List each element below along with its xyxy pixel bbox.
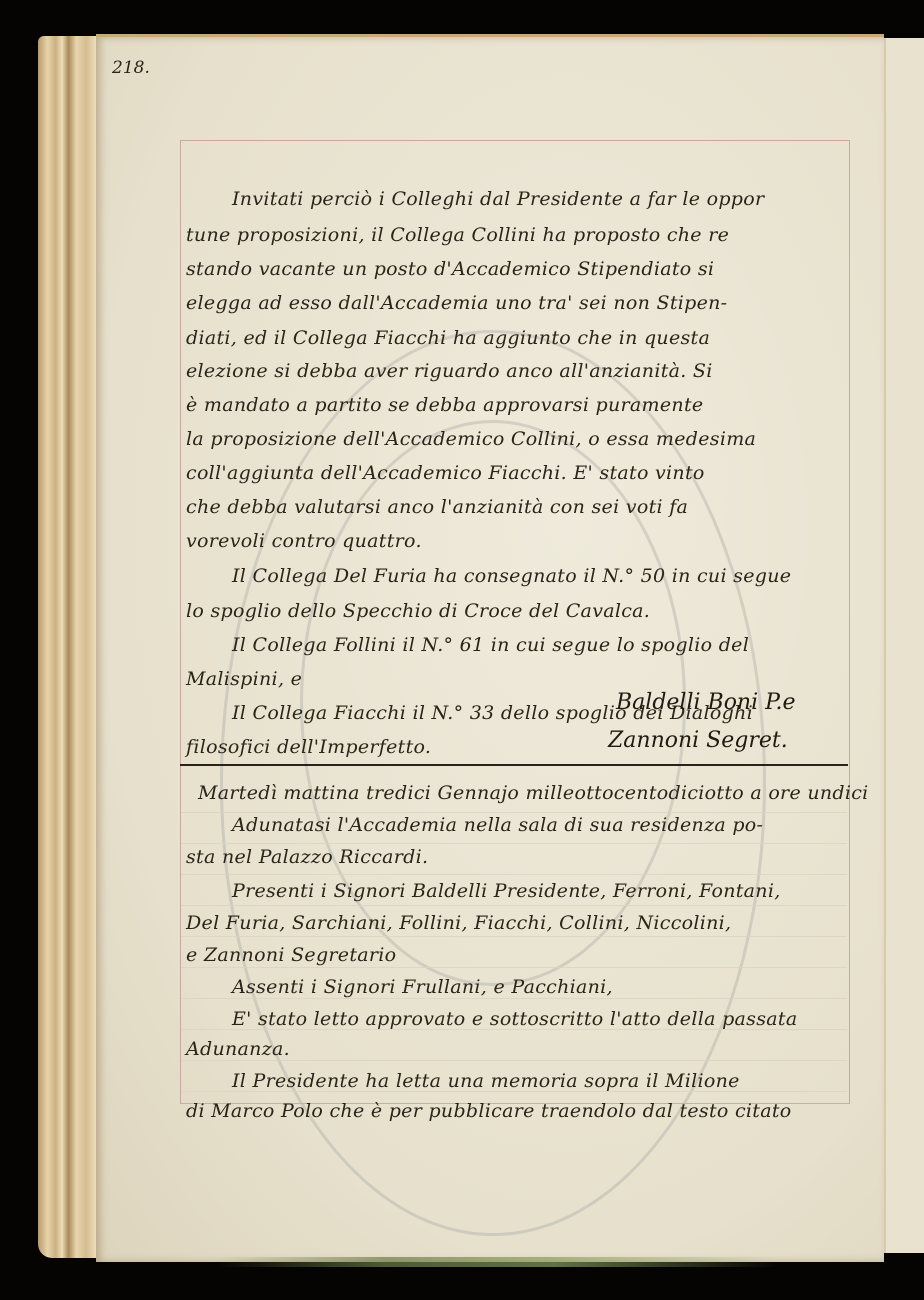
text-line: elezione si debba aver riguardo anco all… [186,360,713,382]
text-line: Il Presidente ha letta una memoria sopra… [232,1070,740,1092]
text-line: diati, ed il Collega Fiacchi ha aggiunto… [186,327,710,349]
signature-president: Baldelli Boni P.e [616,690,796,715]
text-line: stando vacante un posto d'Accademico Sti… [186,258,714,280]
text-line: lo spoglio dello Specchio di Croce del C… [186,600,650,622]
text-line: E' stato letto approvato e sottoscritto … [232,1008,797,1030]
text-line: la proposizione dell'Accademico Collini,… [186,428,756,450]
text-line: è mandato a partito se debba approvarsi … [186,394,703,416]
text-line: Adunatasi l'Accademia nella sala di sua … [232,814,763,836]
text-line: tune proposizioni, il Collega Collini ha… [186,224,729,246]
folio-number: 218. [112,58,150,78]
section-divider [180,764,848,766]
text-line: Assenti i Signori Frullani, e Pacchiani, [232,976,613,998]
text-line: Del Furia, Sarchiani, Follini, Fiacchi, … [186,912,731,934]
text-line: sta nel Palazzo Riccardi. [186,846,428,868]
session-date-line: Martedì mattina tredici Gennajo milleott… [198,782,869,804]
signature-secretary: Zannoni Segret. [608,728,788,753]
text-line: filosofici dell'Imperfetto. [186,736,431,758]
text-line: Adunanza. [186,1038,290,1060]
text-line: Invitati perciò i Colleghi dal President… [232,188,764,210]
text-line: e Zannoni Segretario [186,944,396,966]
text-line: Il Collega Del Furia ha consegnato il N.… [232,565,791,587]
text-line: vorevoli contro quattro. [186,530,422,552]
text-line: Malispini, e [186,668,302,690]
cover-edge [218,1257,778,1267]
text-line: coll'aggiunta dell'Accademico Fiacchi. E… [186,462,705,484]
text-line: elegga ad esso dall'Accademia uno tra' s… [186,292,727,314]
facing-page-edge [884,38,924,1253]
text-line: Il Collega Follini il N.° 61 in cui segu… [232,634,749,656]
text-line: che debba valutarsi anco l'anzianità con… [186,496,688,518]
text-line: Presenti i Signori Baldelli Presidente, … [232,880,781,902]
text-line: di Marco Polo che è per pubblicare traen… [186,1100,792,1122]
